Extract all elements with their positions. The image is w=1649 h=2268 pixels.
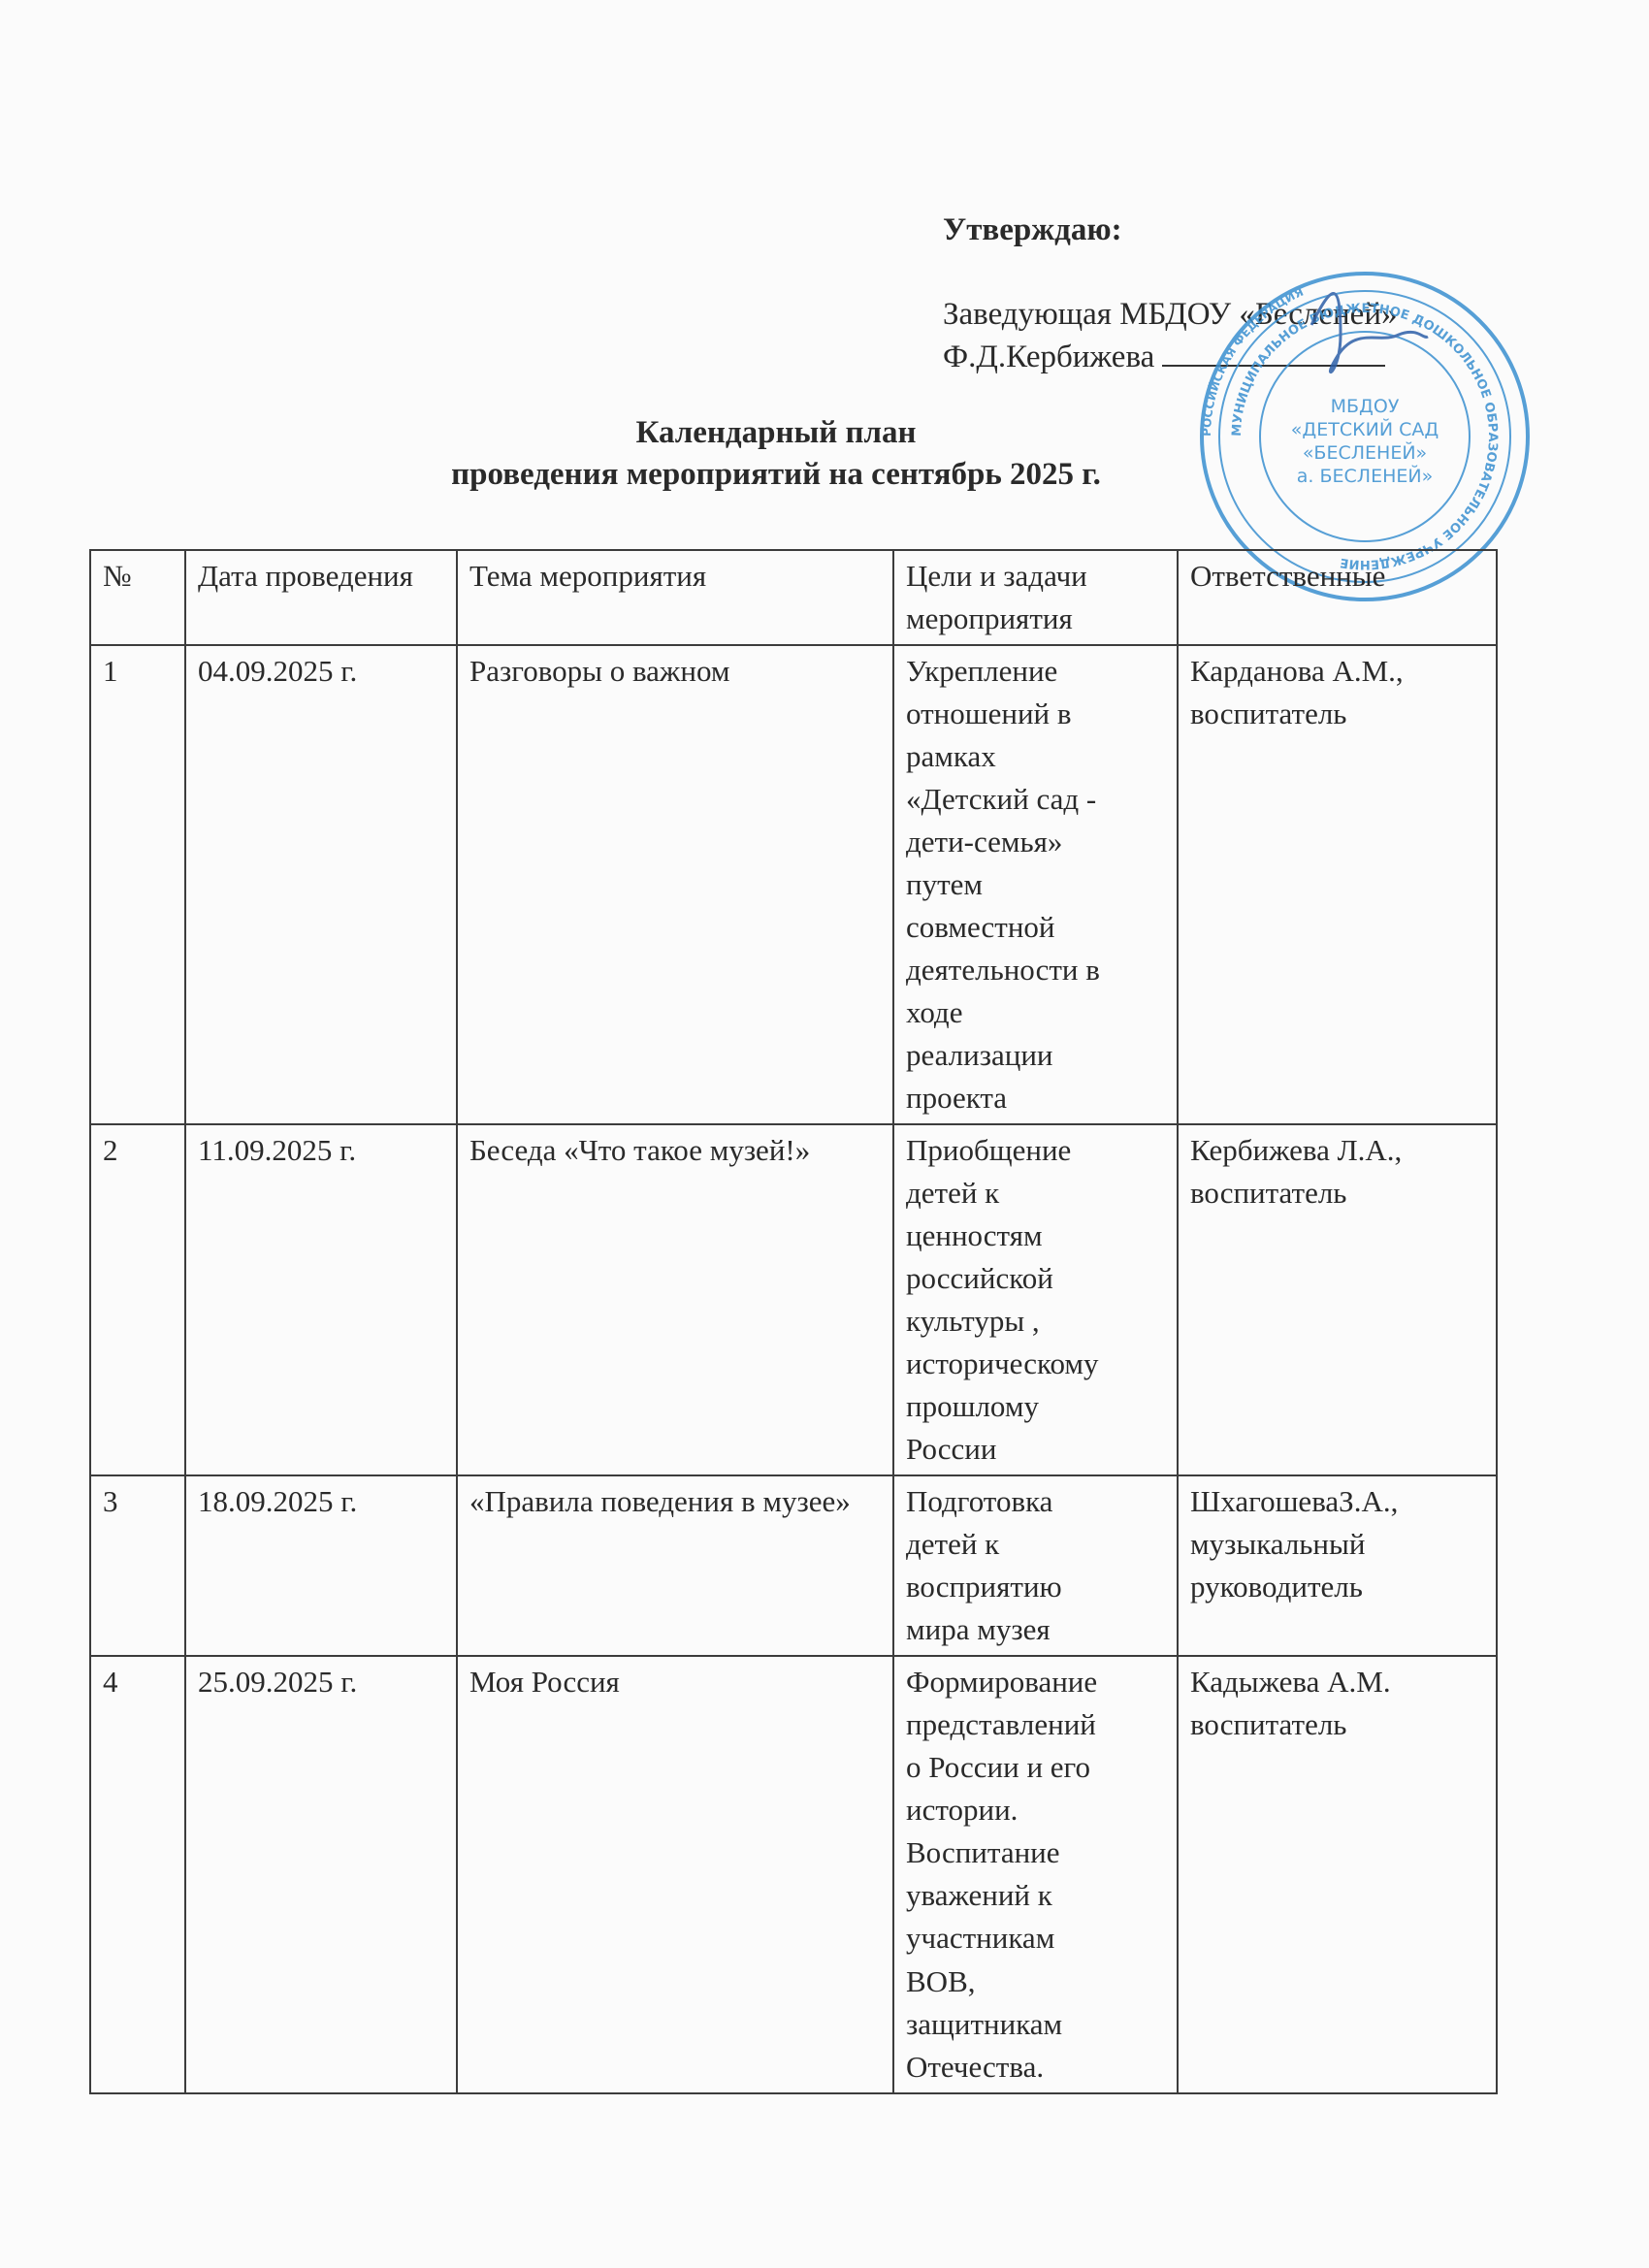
- approval-block: Утверждаю: Заведующая МБДОУ «Бесленей» Ф…: [943, 209, 1398, 379]
- approval-signer: Ф.Д.Кербижева: [943, 340, 1154, 374]
- cell-number: 1: [90, 645, 185, 1124]
- cell-goal: Подготовка детей к восприятию мира музея: [893, 1475, 1178, 1656]
- table-header-row: № Дата проведения Тема мероприятия Цели …: [90, 550, 1497, 645]
- document-title: Календарный план проведения мероприятий …: [0, 412, 1552, 496]
- title-line-2: проведения мероприятий на сентябрь 2025 …: [0, 454, 1552, 496]
- cell-goal: Формирование представлений о России и ег…: [893, 1656, 1178, 2092]
- header-responsible: Ответственные: [1178, 550, 1497, 645]
- approval-position: Заведующая МБДОУ «Бесленей»: [943, 293, 1398, 337]
- header-topic: Тема мероприятия: [457, 550, 893, 645]
- cell-topic: Моя Россия: [457, 1656, 893, 2092]
- table-row: 2 11.09.2025 г. Беседа «Что такое музей!…: [90, 1124, 1497, 1475]
- cell-number: 4: [90, 1656, 185, 2092]
- table-row: 1 04.09.2025 г. Разговоры о важном Укреп…: [90, 645, 1497, 1124]
- cell-goal: Приобщение детей к ценностям российской …: [893, 1124, 1178, 1475]
- table-row: 3 18.09.2025 г. «Правила поведения в муз…: [90, 1475, 1497, 1656]
- header-number: №: [90, 550, 185, 645]
- cell-number: 3: [90, 1475, 185, 1656]
- cell-number: 2: [90, 1124, 185, 1475]
- cell-date: 11.09.2025 г.: [185, 1124, 457, 1475]
- header-goals: Цели и задачи мероприятия: [893, 550, 1178, 645]
- cell-responsible: Кадыжева А.М. воспитатель: [1178, 1656, 1497, 2092]
- header-date: Дата проведения: [185, 550, 457, 645]
- cell-date: 18.09.2025 г.: [185, 1475, 457, 1656]
- cell-responsible: Карданова А.М., воспитатель: [1178, 645, 1497, 1124]
- cell-goal: Укрепление отношений в рамках «Детский с…: [893, 645, 1178, 1124]
- cell-topic: Беседа «Что такое музей!»: [457, 1124, 893, 1475]
- approval-signer-line: Ф.Д.Кербижева: [943, 336, 1398, 379]
- cell-responsible: Кербижева Л.А., воспитатель: [1178, 1124, 1497, 1475]
- cell-topic: «Правила поведения в музее»: [457, 1475, 893, 1656]
- approval-title: Утверждаю:: [943, 209, 1398, 252]
- events-table: № Дата проведения Тема мероприятия Цели …: [89, 549, 1498, 2094]
- title-line-1: Календарный план: [0, 412, 1552, 454]
- table-row: 4 25.09.2025 г. Моя Россия Формирование …: [90, 1656, 1497, 2092]
- cell-date: 25.09.2025 г.: [185, 1656, 457, 2092]
- cell-date: 04.09.2025 г.: [185, 645, 457, 1124]
- cell-topic: Разговоры о важном: [457, 645, 893, 1124]
- cell-responsible: ШхагошеваЗ.А., музыкальный руководитель: [1178, 1475, 1497, 1656]
- signature-line: [1162, 336, 1385, 367]
